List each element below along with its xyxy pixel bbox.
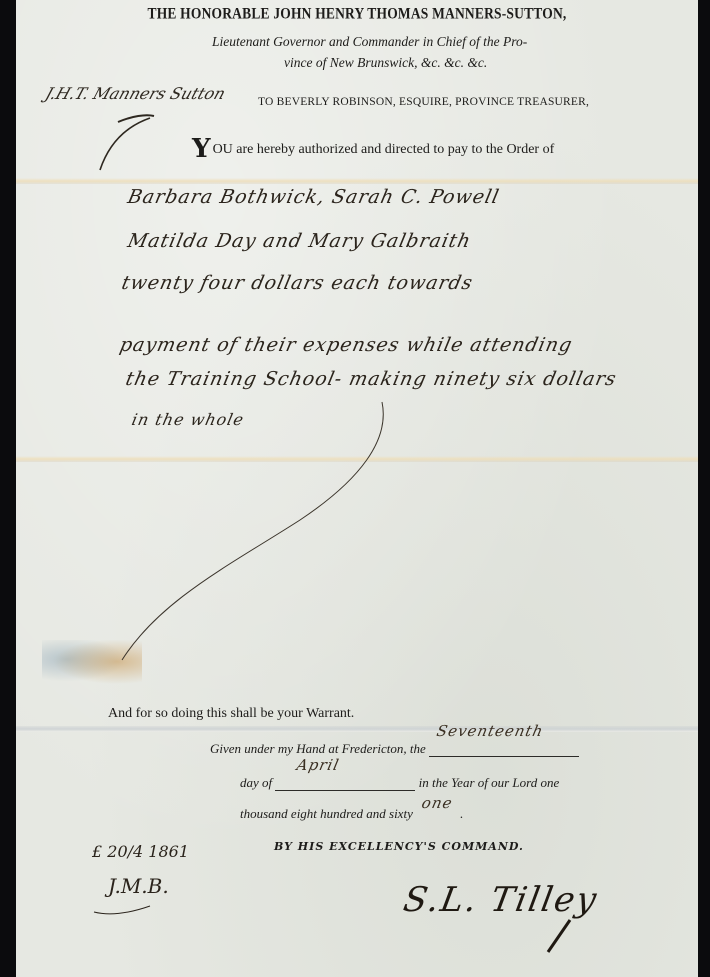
signature-tail [548,920,570,952]
signature-underline [94,906,150,914]
signature-flourish [100,118,150,170]
long-pen-stroke [122,402,383,660]
ink-flourish-lines [0,0,710,977]
